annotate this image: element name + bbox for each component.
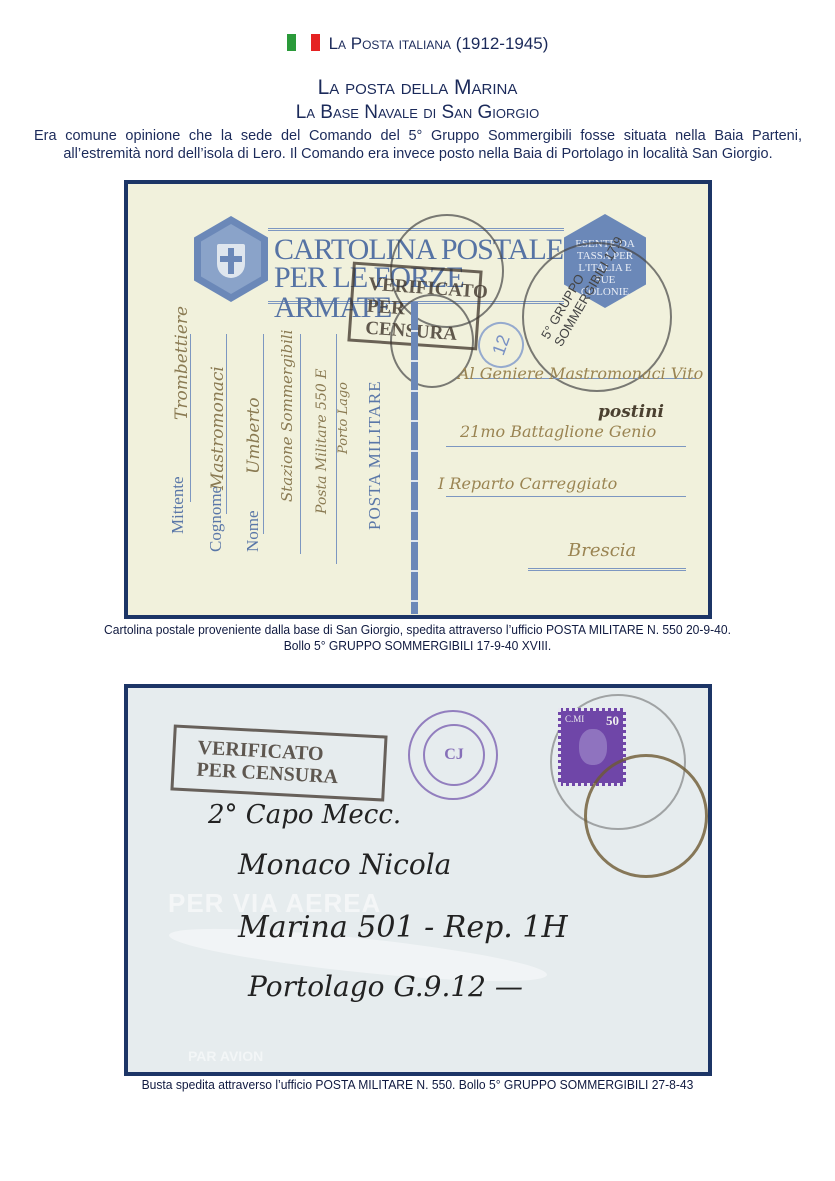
address-annotation: postini	[598, 402, 664, 422]
series-header: La Posta italiana (1912-1945)	[0, 34, 835, 56]
flag-white	[299, 34, 308, 51]
flag-red	[311, 34, 320, 51]
series-years: (1912-1945)	[456, 34, 549, 53]
fasces-divider	[411, 302, 418, 614]
envelope-caption: Busta spedita attraverso l’ufficio POSTA…	[29, 1077, 806, 1093]
postcard-image: CARTOLINA POSTALE PER LE FORZE ARMATE ES…	[124, 180, 712, 619]
page-subtitle: La Base Navale di San Giorgio	[0, 102, 835, 124]
address-line-3: Marina 501 - Rep. 1H	[238, 910, 568, 945]
sender-handwriting: Trombettiere	[172, 306, 192, 420]
label-mittente: Mittente	[168, 476, 188, 534]
address-line-2: 21mo Battaglione Genio	[460, 422, 656, 441]
address-line-4: Portolago G.9.12 —	[248, 970, 523, 1003]
address-line-4: Brescia	[568, 540, 636, 561]
posta-militare-postmark	[584, 754, 708, 878]
postcard-caption: Cartolina postale proveniente dalla base…	[29, 622, 806, 654]
address-line-2: Monaco Nicola	[238, 848, 451, 881]
censor-stamp: VERIFICATOPER CENSURA	[170, 724, 387, 801]
label-cognome: Cognome	[206, 486, 226, 552]
savoy-arms-icon	[194, 216, 268, 302]
address-line-1: 2° Capo Mecc.	[208, 800, 401, 830]
series-title: La Posta italiana	[329, 34, 451, 53]
flag-green	[287, 34, 296, 51]
page-title: La posta della Marina	[0, 76, 835, 100]
address-line-3: I Reparto Carreggiato	[438, 474, 617, 493]
envelope-image: PER VIA AEREA PAR AVION VERIFICATOPER CE…	[124, 684, 712, 1076]
posta-militare-label: POSTA MILITARE	[365, 380, 385, 530]
address-line-1: Al Geniere Mastromonaci Vito	[458, 364, 703, 383]
italian-flag-icon	[287, 34, 323, 56]
intro-paragraph: Era comune opinione che la sede del Coma…	[34, 127, 802, 163]
label-nome: Nome	[243, 510, 263, 552]
